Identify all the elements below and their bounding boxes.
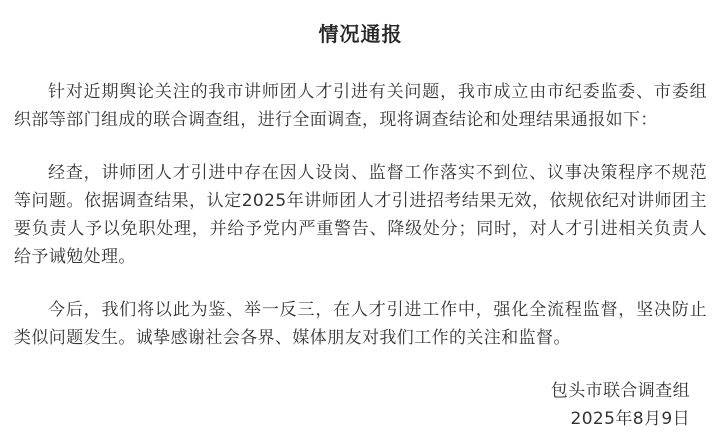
body-paragraph-2: 经查，讲师团人才引进中存在因人设岗、监督工作落实不到位、议事决策程序不规范等问题… xyxy=(14,159,707,271)
body-paragraph-1: 针对近期舆论关注的我市讲师团人才引进有关问题，我市成立由市纪委监委、市委组织部等… xyxy=(14,78,707,134)
signature-org: 包头市联合调查组 xyxy=(14,377,690,405)
signature-date: 2025年8月9日 xyxy=(14,405,690,433)
signature-block: 包头市联合调查组 2025年8月9日 xyxy=(14,377,690,433)
page-title: 情况通报 xyxy=(14,20,707,48)
notice-document: 情况通报 针对近期舆论关注的我市讲师团人才引进有关问题，我市成立由市纪委监委、市… xyxy=(0,0,721,448)
body-paragraph-3: 今后，我们将以此为鉴、举一反三，在人才引进工作中，强化全流程监督，坚决防止类似问… xyxy=(14,296,707,352)
